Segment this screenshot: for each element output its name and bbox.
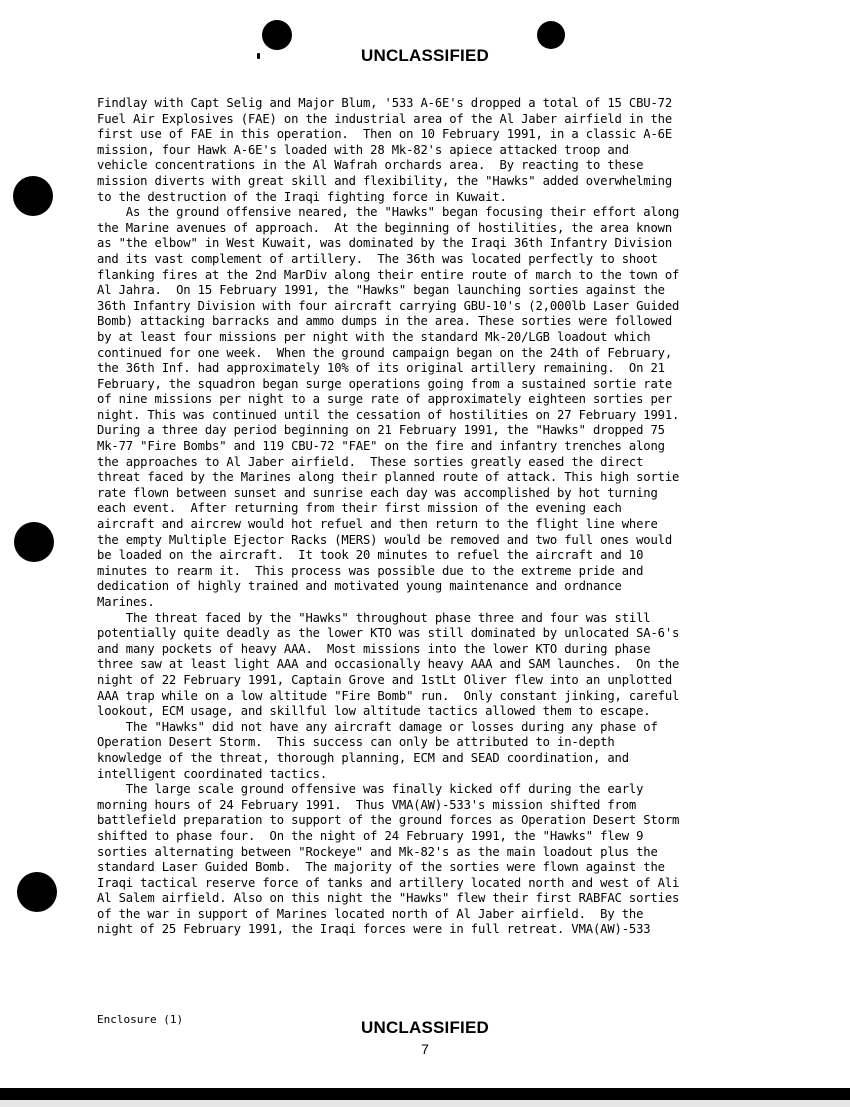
text-line: first use of FAE in this operation. Then… bbox=[97, 127, 797, 143]
text-line: continued for one week. When the ground … bbox=[97, 346, 797, 362]
text-line: night. This was continued until the cess… bbox=[97, 408, 797, 424]
text-line: morning hours of 24 February 1991. Thus … bbox=[97, 798, 797, 814]
text-line: battlefield preparation to support of th… bbox=[97, 813, 797, 829]
text-line: flanking fires at the 2nd MarDiv along t… bbox=[97, 268, 797, 284]
text-line: Fuel Air Explosives (FAE) on the industr… bbox=[97, 112, 797, 128]
text-line: to the destruction of the Iraqi fighting… bbox=[97, 190, 797, 206]
punch-hole-left-3 bbox=[17, 872, 57, 912]
text-line: intelligent coordinated tactics. bbox=[97, 767, 797, 783]
scan-margin bbox=[0, 1100, 850, 1107]
text-line: of the war in support of Marines located… bbox=[97, 907, 797, 923]
text-line: shifted to phase four. On the night of 2… bbox=[97, 829, 797, 845]
text-line: Al Salem airfield. Also on this night th… bbox=[97, 891, 797, 907]
text-line: Bomb) attacking barracks and ammo dumps … bbox=[97, 314, 797, 330]
text-line: vehicle concentrations in the Al Wafrah … bbox=[97, 158, 797, 174]
punch-hole-left-1 bbox=[13, 176, 53, 216]
text-line: and its vast complement of artillery. Th… bbox=[97, 252, 797, 268]
text-line: of nine missions per night to a surge ra… bbox=[97, 392, 797, 408]
scan-bottom-edge bbox=[0, 1088, 850, 1100]
text-line: Iraqi tactical reserve force of tanks an… bbox=[97, 876, 797, 892]
text-line: Marines. bbox=[97, 595, 797, 611]
text-line: During a three day period beginning on 2… bbox=[97, 423, 797, 439]
text-line: the 36th Inf. had approximately 10% of i… bbox=[97, 361, 797, 377]
text-line: Mk-77 "Fire Bombs" and 119 CBU-72 "FAE" … bbox=[97, 439, 797, 455]
text-line: the Marine avenues of approach. At the b… bbox=[97, 221, 797, 237]
text-line: by at least four missions per night with… bbox=[97, 330, 797, 346]
text-line: mission, four Hawk A-6E's loaded with 28… bbox=[97, 143, 797, 159]
classification-header: UNCLASSIFIED bbox=[0, 46, 850, 66]
text-line: dedication of highly trained and motivat… bbox=[97, 579, 797, 595]
text-line: night of 22 February 1991, Captain Grove… bbox=[97, 673, 797, 689]
text-line: Operation Desert Storm. This success can… bbox=[97, 735, 797, 751]
text-line: The threat faced by the "Hawks" througho… bbox=[97, 611, 797, 627]
text-line: each event. After returning from their f… bbox=[97, 501, 797, 517]
text-line: Al Jahra. On 15 February 1991, the "Hawk… bbox=[97, 283, 797, 299]
text-line: the empty Multiple Ejector Racks (MERS) … bbox=[97, 533, 797, 549]
text-line: aircraft and aircrew would hot refuel an… bbox=[97, 517, 797, 533]
text-line: The "Hawks" did not have any aircraft da… bbox=[97, 720, 797, 736]
text-line: Findlay with Capt Selig and Major Blum, … bbox=[97, 96, 797, 112]
text-line: night of 25 February 1991, the Iraqi for… bbox=[97, 922, 797, 938]
text-line: mission diverts with great skill and fle… bbox=[97, 174, 797, 190]
text-line: threat faced by the Marines along their … bbox=[97, 470, 797, 486]
text-line: sorties alternating between "Rockeye" an… bbox=[97, 845, 797, 861]
punch-hole-top-right bbox=[537, 21, 565, 49]
text-line: As the ground offensive neared, the "Haw… bbox=[97, 205, 797, 221]
text-line: be loaded on the aircraft. It took 20 mi… bbox=[97, 548, 797, 564]
punch-hole-left-2 bbox=[14, 522, 54, 562]
text-line: the approaches to Al Jaber airfield. The… bbox=[97, 455, 797, 471]
document-body: Findlay with Capt Selig and Major Blum, … bbox=[97, 96, 797, 938]
text-line: knowledge of the threat, thorough planni… bbox=[97, 751, 797, 767]
page-number: 7 bbox=[0, 1041, 850, 1057]
text-line: minutes to rearm it. This process was po… bbox=[97, 564, 797, 580]
text-line: February, the squadron began surge opera… bbox=[97, 377, 797, 393]
text-line: three saw at least light AAA and occasio… bbox=[97, 657, 797, 673]
text-line: 36th Infantry Division with four aircraf… bbox=[97, 299, 797, 315]
text-line: AAA trap while on a low altitude "Fire B… bbox=[97, 689, 797, 705]
classification-footer: UNCLASSIFIED bbox=[0, 1018, 850, 1038]
text-line: rate flown between sunset and sunrise ea… bbox=[97, 486, 797, 502]
text-line: potentially quite deadly as the lower KT… bbox=[97, 626, 797, 642]
text-line: standard Laser Guided Bomb. The majority… bbox=[97, 860, 797, 876]
text-line: as "the elbow" in West Kuwait, was domin… bbox=[97, 236, 797, 252]
text-line: and many pockets of heavy AAA. Most miss… bbox=[97, 642, 797, 658]
text-line: The large scale ground offensive was fin… bbox=[97, 782, 797, 798]
text-line: lookout, ECM usage, and skillful low alt… bbox=[97, 704, 797, 720]
